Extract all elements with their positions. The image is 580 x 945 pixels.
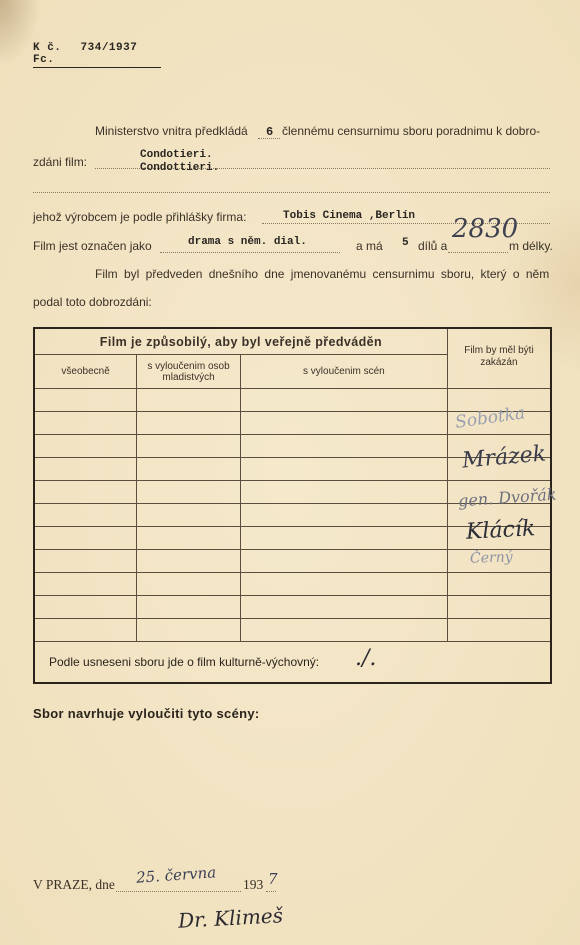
length-unit: m délky. [509, 239, 553, 253]
shown-text-2: podal toto dobrozdáni: [33, 295, 152, 309]
genre-value: drama s něm. dial. [188, 236, 307, 248]
table-row [34, 573, 551, 596]
parts-value: 5 [402, 237, 409, 249]
reference-number: K č. 734/1937 Fc. [33, 42, 161, 68]
intro-prefix: Ministerstvo vnitra předkládá [95, 124, 248, 138]
genre-label: Film jest označen jako [33, 239, 152, 253]
cultural-row: Podle usneseni sboru jde o film kulturně… [34, 642, 551, 684]
intro-suffix: člennému censurnimu sboru poradnimu k do… [282, 124, 540, 138]
shown-text-1: Film byl předveden dnešního dne jmenovan… [95, 267, 549, 281]
scenes-heading: Sbor navrhuje vyloučiti tyto scény: [33, 706, 260, 721]
year-suffix: 7 [268, 870, 278, 888]
official-signature: Dr. Klimeš [177, 903, 283, 932]
place-label: V PRAZE, dne [33, 877, 115, 893]
table-row [34, 596, 551, 619]
signature-5: Černý [470, 549, 513, 566]
suitable-header: Film je způsobilý, aby byl veřejně předv… [34, 328, 447, 355]
year-prefix: 193 [243, 877, 263, 893]
members-count: 6 [266, 125, 273, 139]
producer-value: Tobis Cinema ,Berlín [283, 210, 415, 222]
signature-4: Klácík [465, 516, 535, 545]
film-dotline-2 [33, 192, 550, 193]
parts-label: a má [356, 239, 383, 253]
column-general: všeobecně [34, 355, 137, 389]
genre-dotline [160, 252, 340, 253]
date-dotline [116, 891, 241, 892]
column-exclude-youth: s vyloučenim osob mladistvých [137, 355, 241, 389]
banned-header: Film by měl býti zakázán [447, 328, 551, 389]
table-row [34, 619, 551, 642]
date-value: 25. června [135, 863, 216, 887]
cultural-value: ./. [355, 646, 376, 671]
reference-label: K č. [33, 42, 61, 54]
film-label: zdáni film: [33, 155, 87, 169]
table-row [34, 389, 551, 412]
parts-suffix: dílů a [418, 239, 447, 253]
film-title-2: Condottieri. [140, 162, 219, 174]
year-dotline [266, 891, 276, 892]
film-title-1: Condotieri. [140, 149, 213, 161]
column-exclude-scenes: s vyloučenim scén [240, 355, 447, 389]
producer-label: jehož výrobcem je podle přihlášky firma: [33, 210, 246, 224]
length-dotline [448, 252, 508, 253]
intro-line-1: Ministerstvo vnitra předkládá [95, 124, 248, 138]
cultural-label: Podle usneseni sboru jde o film kulturně… [49, 655, 319, 669]
